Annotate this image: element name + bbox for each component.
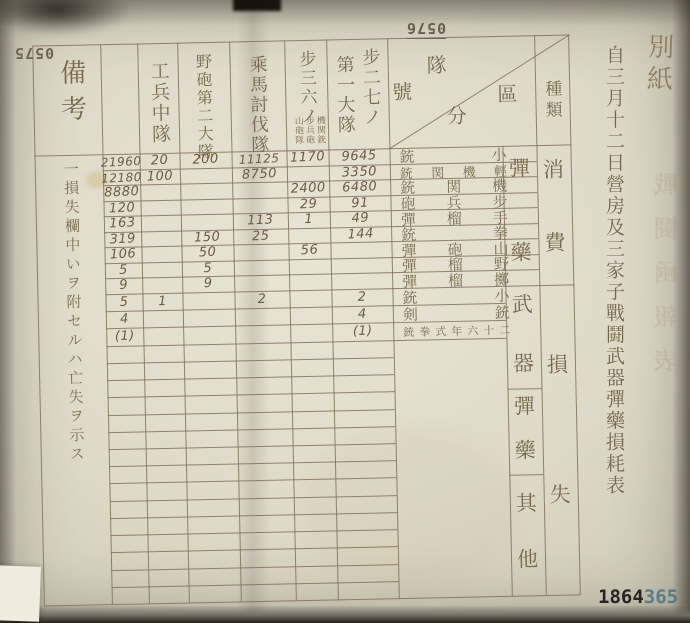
cell-value: 144 — [330, 225, 392, 243]
row-label-char: 年 — [451, 323, 462, 339]
table-line — [108, 391, 395, 398]
category-cell-char: 彈 — [514, 390, 536, 420]
cell-value: 1 — [288, 211, 331, 229]
row-label-char: 二 — [499, 322, 510, 338]
bleedthrough-text: 戰鬪凾報表 — [650, 172, 685, 392]
archive-number-black: 1864 — [598, 586, 644, 608]
cell-value: 8880 — [103, 184, 141, 201]
category-cell-char: 其 — [516, 487, 538, 517]
diagonal-label-char: 隊 — [426, 49, 447, 78]
cell-value: 106 — [104, 246, 142, 263]
page-title: 自三月十二日營房及三家子戰鬪武器彈藥損耗表 — [601, 45, 628, 497]
category-cell-char: 藥 — [514, 434, 536, 464]
remarks-header: 備考 — [52, 58, 90, 131]
row-label-char: 十 — [483, 322, 494, 338]
diagonal-label-char: 分 — [446, 100, 467, 129]
table-line — [110, 529, 397, 536]
cell-value: (1) — [332, 322, 394, 342]
unit-column-subheader: 山砲隊 — [292, 116, 306, 145]
table-line — [107, 374, 394, 381]
cell-value: 9 — [182, 275, 235, 293]
row-label-char: 拳 — [419, 323, 430, 339]
row-label-char: 剣 — [403, 304, 418, 325]
type-cell-char: 費 — [544, 227, 566, 257]
loss-table: 備考 種類 一損失欄中いヲ附セルハ亡失ヲ示ス 隊號區分工兵中隊野砲第二大隊乘馬討… — [32, 34, 581, 605]
row-label-char: 式 — [435, 323, 446, 339]
type-cell-char: 失 — [549, 479, 571, 509]
row-label-char: 銃 — [495, 302, 510, 323]
table-line — [109, 460, 396, 467]
cell-value: 56 — [288, 242, 331, 260]
row-label: 銃拳式年六十二 — [395, 321, 515, 341]
attachment-label: 別紙 — [639, 32, 678, 97]
cell-value: 1 — [142, 292, 183, 311]
cell-value: (1) — [106, 327, 144, 346]
row-label-char: 銃 — [403, 324, 414, 340]
cell-value: 163 — [104, 215, 142, 232]
cell-value: 20 — [139, 152, 180, 169]
cell-value: 100 — [140, 168, 181, 185]
table-line — [229, 42, 242, 602]
row-label-char: 六 — [467, 322, 478, 338]
page-stamp-right: 0576 — [406, 19, 446, 39]
cell-value: 200 — [179, 151, 232, 169]
remarks-note: 一損失欄中いヲ附セルハ亡失ヲ示ス — [61, 161, 90, 521]
cell-value: 5 — [105, 293, 143, 312]
table-line — [106, 340, 393, 347]
cell-value: 2400 — [287, 180, 330, 198]
table-line — [110, 512, 397, 519]
category-cell-char: 他 — [517, 543, 539, 573]
type-cell-char: 損 — [547, 349, 569, 379]
cell-value: 1170 — [286, 149, 329, 167]
unit-column-header-ho27: 步二七ノ — [356, 47, 384, 128]
archive-number-teal: 365 — [644, 586, 678, 608]
category-cell-char: 器 — [513, 347, 535, 377]
cell-value: 9 — [105, 277, 143, 294]
type-column-header: 種類 — [539, 80, 565, 123]
table-line — [107, 357, 394, 364]
table-line — [109, 478, 396, 485]
type-cell-char: 消 — [543, 154, 565, 184]
cell-value: 25 — [233, 227, 289, 245]
cell-value: 8750 — [232, 165, 288, 183]
diagonal-label-char: 區 — [497, 78, 518, 107]
table-line — [109, 443, 396, 450]
unit-column-header-yaho: 野砲第二大隊 — [191, 53, 216, 161]
archive-number: 1864365 — [598, 586, 678, 608]
table-line — [509, 474, 543, 476]
table-line — [111, 564, 398, 571]
cell-value: 2 — [234, 290, 290, 310]
diagonal-label-char: 號 — [392, 76, 413, 105]
table-line — [110, 495, 397, 502]
unit-column-header-ho36: 步三六ノ — [293, 50, 320, 127]
photographed-document-page: 0575 0576 戰鬪凾報表 別紙 自三月十二日營房及三家子戰鬪武器彈藥損耗表… — [0, 0, 690, 623]
unit-column-header-ho27-2: 第一大隊 — [330, 55, 358, 136]
unit-column-header-jouba: 乘馬討伐隊 — [243, 55, 271, 156]
cell-value: 21960 — [102, 153, 140, 170]
unit-column-header-kohei: 工兵中隊 — [146, 61, 175, 146]
table-line — [112, 581, 399, 588]
table-line — [177, 43, 190, 603]
table-line — [108, 426, 395, 433]
table-line — [111, 546, 398, 553]
table-line — [108, 409, 395, 416]
